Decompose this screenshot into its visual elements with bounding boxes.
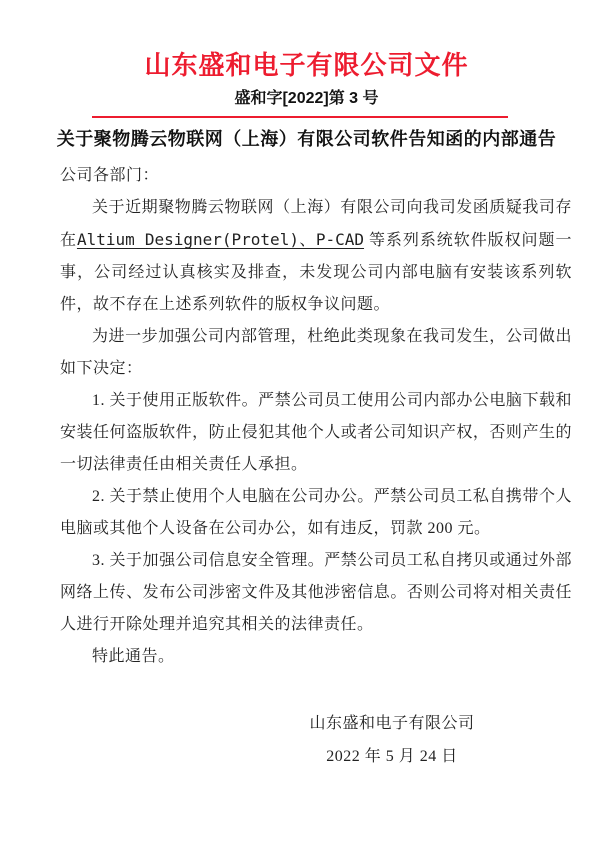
signature-block: 山东盛和电子有限公司 2022 年 5 月 24 日 xyxy=(292,707,492,773)
signature-company: 山东盛和电子有限公司 xyxy=(292,707,492,740)
signature-date: 2022 年 5 月 24 日 xyxy=(292,740,492,773)
document-page: 山东盛和电子有限公司文件 盛和字[2022]第 3 号 关于聚物腾云物联网（上海… xyxy=(0,0,613,864)
document-body: 公司各部门： 关于近期聚物腾云物联网（上海）有限公司向我司发函质疑我司存在Alt… xyxy=(60,160,572,673)
salutation: 公司各部门： xyxy=(60,160,572,192)
doc-number: 盛和字[2022]第 3 号 xyxy=(0,88,613,110)
document-title: 关于聚物腾云物联网（上海）有限公司软件告知函的内部通告 xyxy=(0,126,613,152)
paragraph-1: 关于近期聚物腾云物联网（上海）有限公司向我司发函质疑我司存在Altium Des… xyxy=(60,192,572,321)
decision-item-2: 2. 关于禁止使用个人电脑在公司办公。严禁公司员工私自携带个人电脑或其他个人设备… xyxy=(60,481,572,545)
paragraph-2: 为进一步加强公司内部管理，杜绝此类现象在我司发生，公司做出如下决定： xyxy=(60,321,572,385)
decision-item-1: 1. 关于使用正版软件。严禁公司员工使用公司内部办公电脑下载和安装任何盗版软件，… xyxy=(60,385,572,481)
decision-item-3: 3. 关于加强公司信息安全管理。严禁公司员工私自拷贝或通过外部网络上传、发布公司… xyxy=(60,545,572,641)
paragraph-1-underlined-software-names: Altium Designer(Protel)、P-CAD xyxy=(77,230,364,249)
org-title: 山东盛和电子有限公司文件 xyxy=(0,48,613,82)
red-divider-line xyxy=(92,116,508,118)
closing-line: 特此通告。 xyxy=(60,641,572,673)
